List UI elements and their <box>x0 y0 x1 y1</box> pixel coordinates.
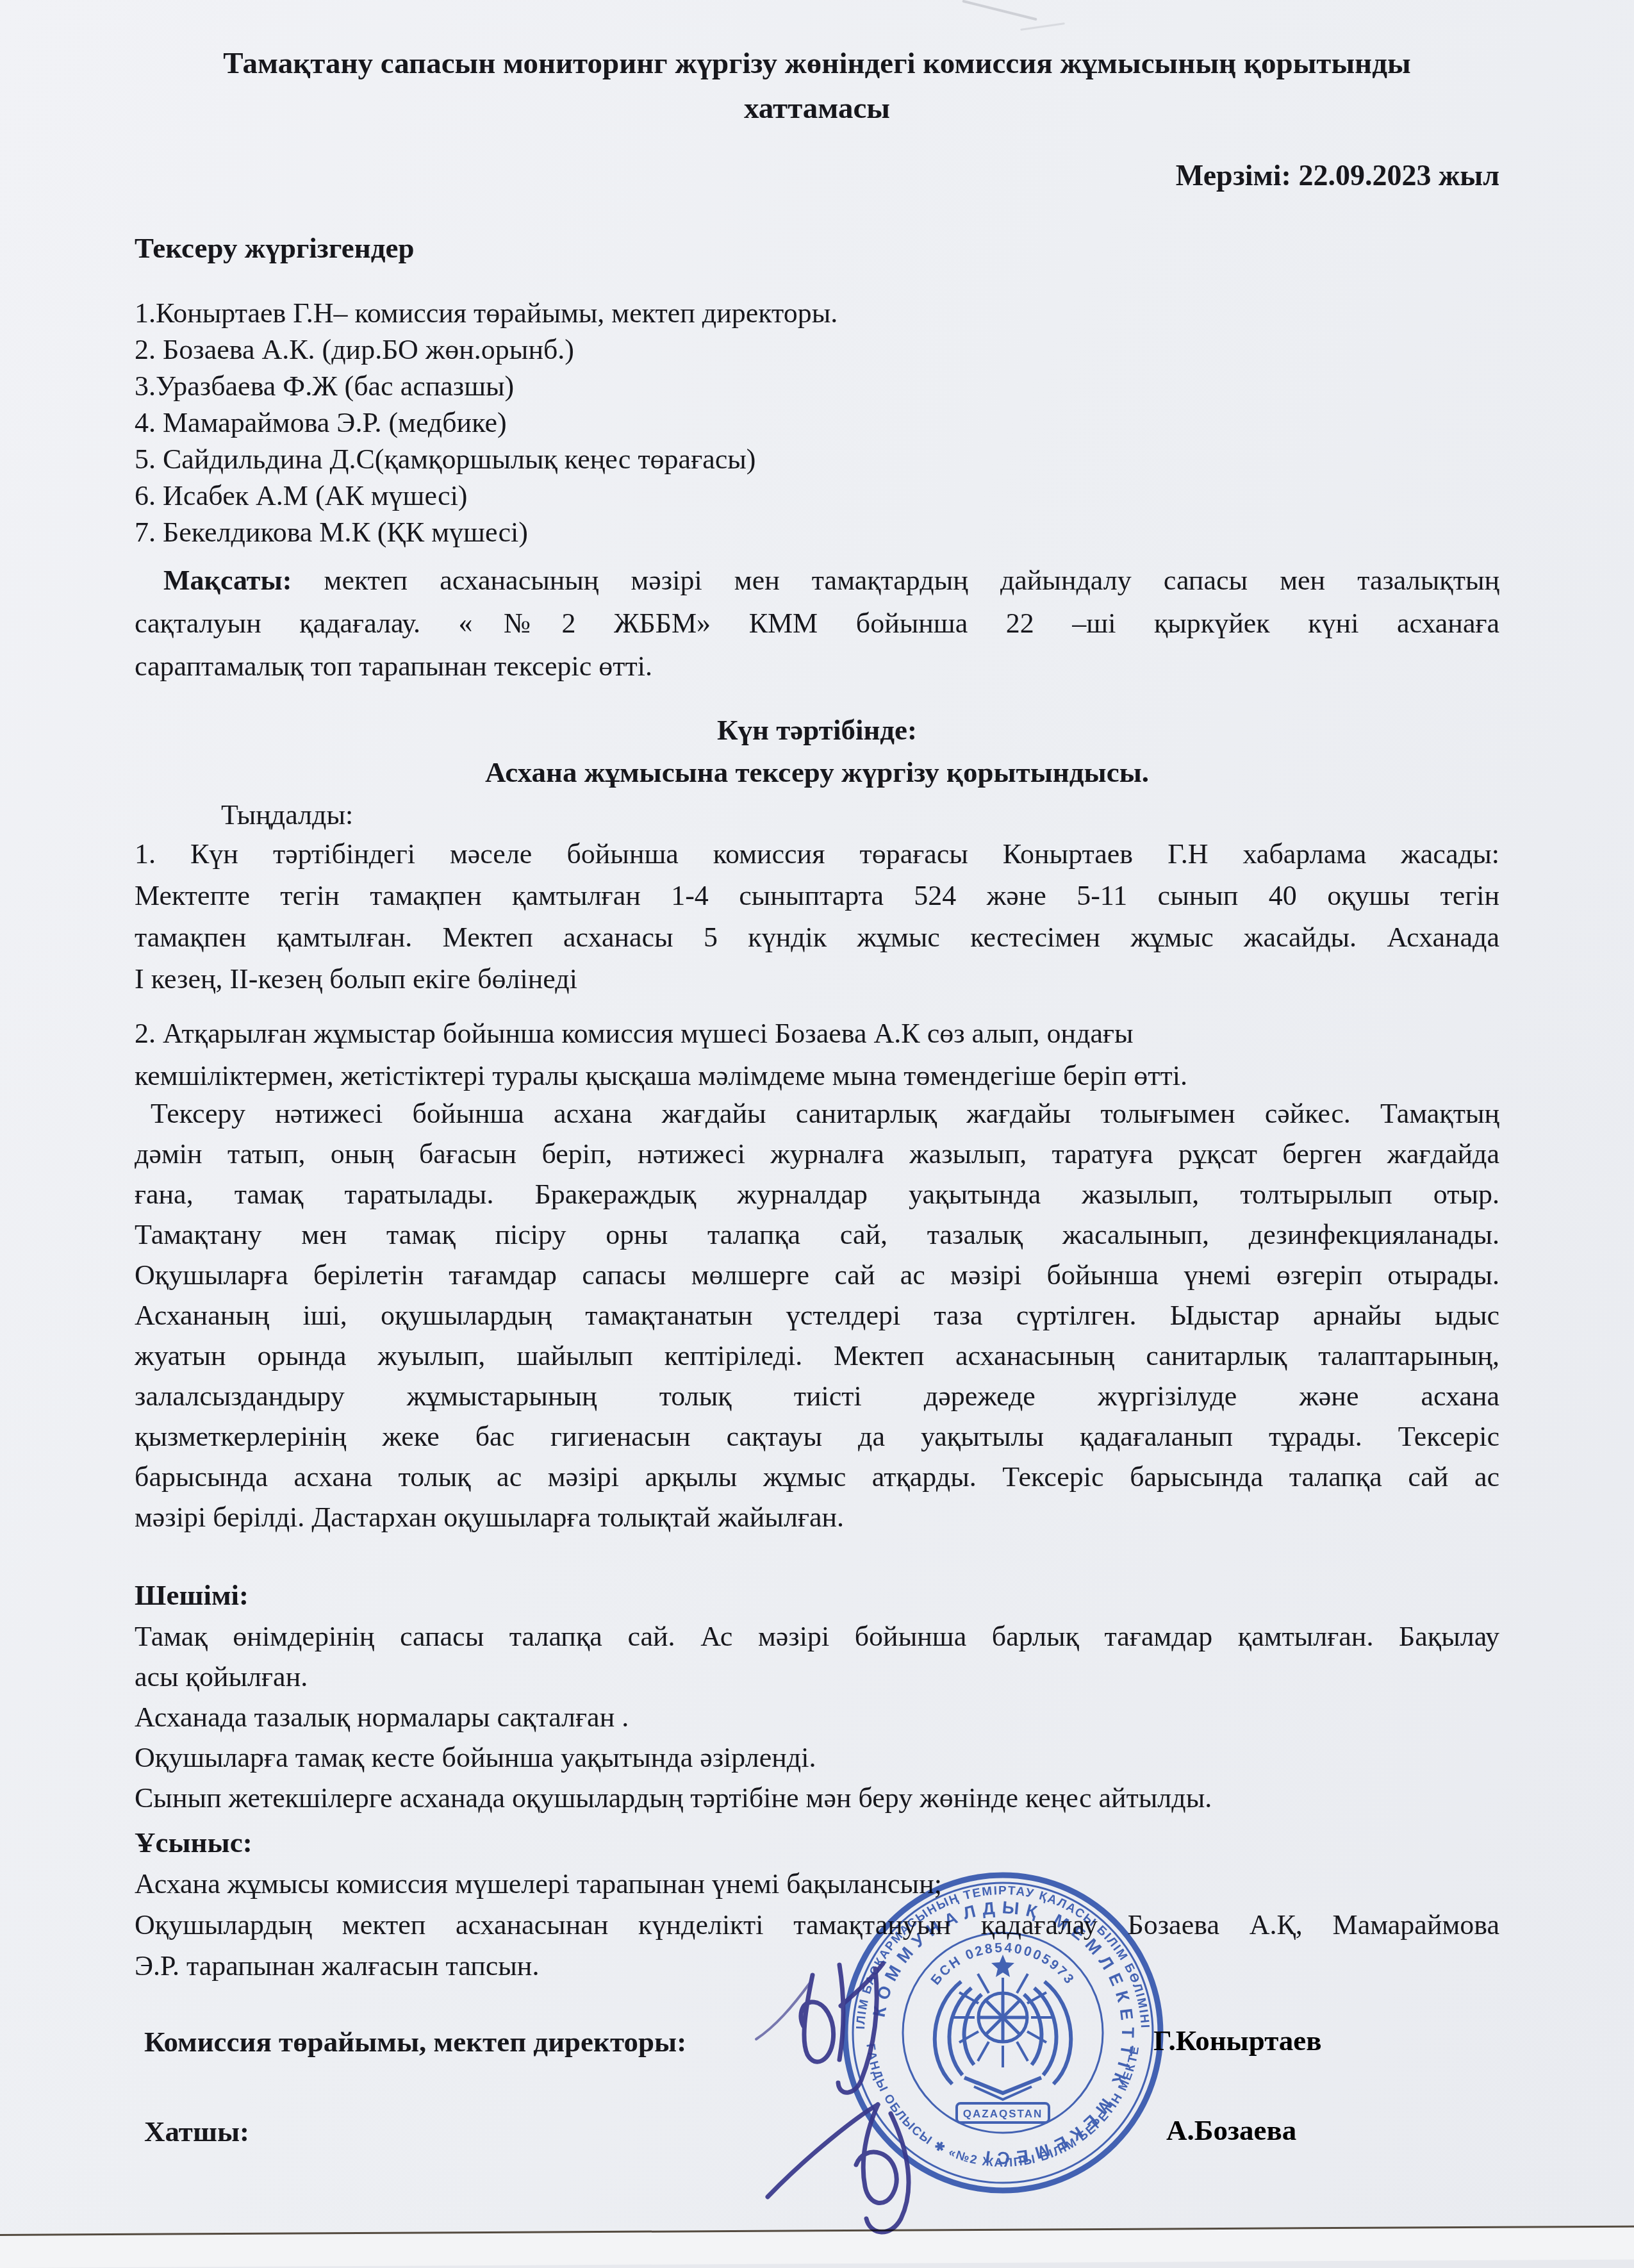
goal-paragraph: Мақсаты: мектеп асханасының мәзірі мен т… <box>135 559 1499 688</box>
page-title-line1: Тамақтану сапасын мониторинг жүргізу жөн… <box>135 41 1499 86</box>
inspectors-heading: Тексеру жүргізгендер <box>135 228 1499 269</box>
text-line: Тамақтану мен тамақ пісіру орны талапқа … <box>135 1214 1499 1255</box>
text-line: жуатын орында жуылып, шайылып кептірілед… <box>135 1336 1499 1376</box>
text-line: 5. Сайдильдина Д.С(қамқоршылық кеңес төр… <box>135 441 1499 477</box>
text-line: 2. Атқарылған жұмыстар бойынша комиссия … <box>135 1013 1499 1055</box>
page-title-line2: хаттамасы <box>135 86 1499 131</box>
text-line: сақталуын қадағалау. «№2 ЖББМ» КММ бойын… <box>135 602 1499 645</box>
scan-crease <box>962 0 1037 21</box>
text-line: мәзірі берілді. Дастархан оқушыларға тол… <box>135 1497 1499 1537</box>
text-line: тамақпен қамтылған. Мектеп асханасы 5 кү… <box>135 916 1499 958</box>
text-line: Тексеру нәтижесі бойынша асхана жағдайы … <box>135 1093 1499 1134</box>
signature-row-secretary: Хатшы: <box>144 2114 1503 2149</box>
text-line: Оқушыларға тамақ кесте бойынша уақытында… <box>135 1737 1499 1778</box>
text-line: Оқушыларға берілетін тағамдар сапасы мөл… <box>135 1255 1499 1295</box>
goal-line-rest: мектеп асханасының мәзірі мен тамақтарды… <box>292 565 1499 596</box>
decision-heading: Шешімі: <box>135 1575 1499 1616</box>
text-line: 2. Бозаева А.К. (дир.БО жөн.орынб.) <box>135 331 1499 368</box>
text-line: Оқушылардың мектеп асханасынан күнделікт… <box>135 1905 1499 1946</box>
text-line: Э.Р. тарапынан жалғасын тапсын. <box>135 1946 1499 1987</box>
text-line: 4. Мамараймова Э.Р. (медбике) <box>135 404 1499 441</box>
inspectors-list: 1.Коныртаев Г.Н– комиссия төрайымы, мект… <box>135 295 1499 550</box>
goal-lead-label: Мақсаты: <box>163 565 292 596</box>
text-line: Асханада тазалық нормалары сақталған . <box>135 1697 1499 1737</box>
signature2-name: А.Бозаева <box>1166 2114 1296 2147</box>
agenda-subheading: Асхана жұмысына тексеру жүргізу қорытынд… <box>135 752 1499 793</box>
goal-line: Мақсаты: мектеп асханасының мәзірі мен т… <box>135 559 1499 602</box>
text-line: дәмін татып, оның бағасын беріп, нәтижес… <box>135 1134 1499 1174</box>
text-line: Асхананың іші, оқушылардың тамақтанатын … <box>135 1295 1499 1336</box>
report-paragraph: Тексеру нәтижесі бойынша асхана жағдайы … <box>135 1093 1499 1537</box>
text-line: 7. Бекелдикова М.К (ҚК мүшесі) <box>135 514 1499 550</box>
text-line: кемшіліктермен, жетістіктері туралы қысқ… <box>135 1055 1499 1097</box>
scan-crease <box>1020 22 1065 31</box>
proposal-heading: Ұсыныс: <box>135 1823 1499 1863</box>
goal-lines: сақталуын қадағалау. «№2 ЖББМ» КММ бойын… <box>135 602 1499 688</box>
agenda-heading: Күн тәртібінде: <box>135 710 1499 750</box>
heard-label: Тыңдалды: <box>135 795 1586 835</box>
page-title: Тамақтану сапасын мониторинг жүргізу жөн… <box>135 41 1499 131</box>
scanned-document-page: Тамақтану сапасын мониторинг жүргізу жөн… <box>0 0 1634 2235</box>
text-line: ғана, тамақ таратылады. Бракераждық журн… <box>135 1174 1499 1214</box>
text-line: сараптамалық топ тарапынан тексеріс өтті… <box>135 645 1499 688</box>
date-label: Мерзімі: 22.09.2023 жыл <box>135 155 1499 195</box>
text-line: І кезең, ІІ-кезең болып екіге бөлінеді <box>135 958 1499 1000</box>
decision-paragraph: Тамақ өнімдерінің сапасы талапқа сай. Ас… <box>135 1616 1499 1818</box>
signature1-label: Комиссия төрайымы, мектеп директоры: <box>144 2026 686 2058</box>
text-line: асы қойылған. <box>135 1657 1499 1697</box>
item2-paragraph: 2. Атқарылған жұмыстар бойынша комиссия … <box>135 1013 1499 1097</box>
text-line: 1. Күн тәртібіндегі мәселе бойынша комис… <box>135 833 1499 875</box>
text-line: 3.Уразбаева Ф.Ж (бас аспазшы) <box>135 368 1499 404</box>
text-line: залалсыздандыру жұмыстарының толық тиіст… <box>135 1376 1499 1416</box>
text-line: Мектепте тегін тамақпен қамтылған 1-4 сы… <box>135 875 1499 916</box>
signature2-label: Хатшы: <box>144 2115 249 2148</box>
text-line: Тамақ өнімдерінің сапасы талапқа сай. Ас… <box>135 1616 1499 1657</box>
signature1-name: Г.Коныртаев <box>1153 2024 1322 2057</box>
text-line: барысында асхана толық ас мәзірі арқылы … <box>135 1457 1499 1497</box>
text-line: 6. Исабек А.М (АК мүшесі) <box>135 477 1499 514</box>
text-line: қызметкерлерінің жеке бас гигиенасын сақ… <box>135 1416 1499 1457</box>
text-line: Сынып жетекшілерге асханада оқушылардың … <box>135 1778 1499 1818</box>
text-line: Асхана жұмысы комиссия мүшелері тарапына… <box>135 1864 1499 1905</box>
item1-paragraph: 1. Күн тәртібіндегі мәселе бойынша комис… <box>135 833 1499 1000</box>
text-line: 1.Коныртаев Г.Н– комиссия төрайымы, мект… <box>135 295 1499 331</box>
proposal-paragraph: Асхана жұмысы комиссия мүшелері тарапына… <box>135 1864 1499 1987</box>
